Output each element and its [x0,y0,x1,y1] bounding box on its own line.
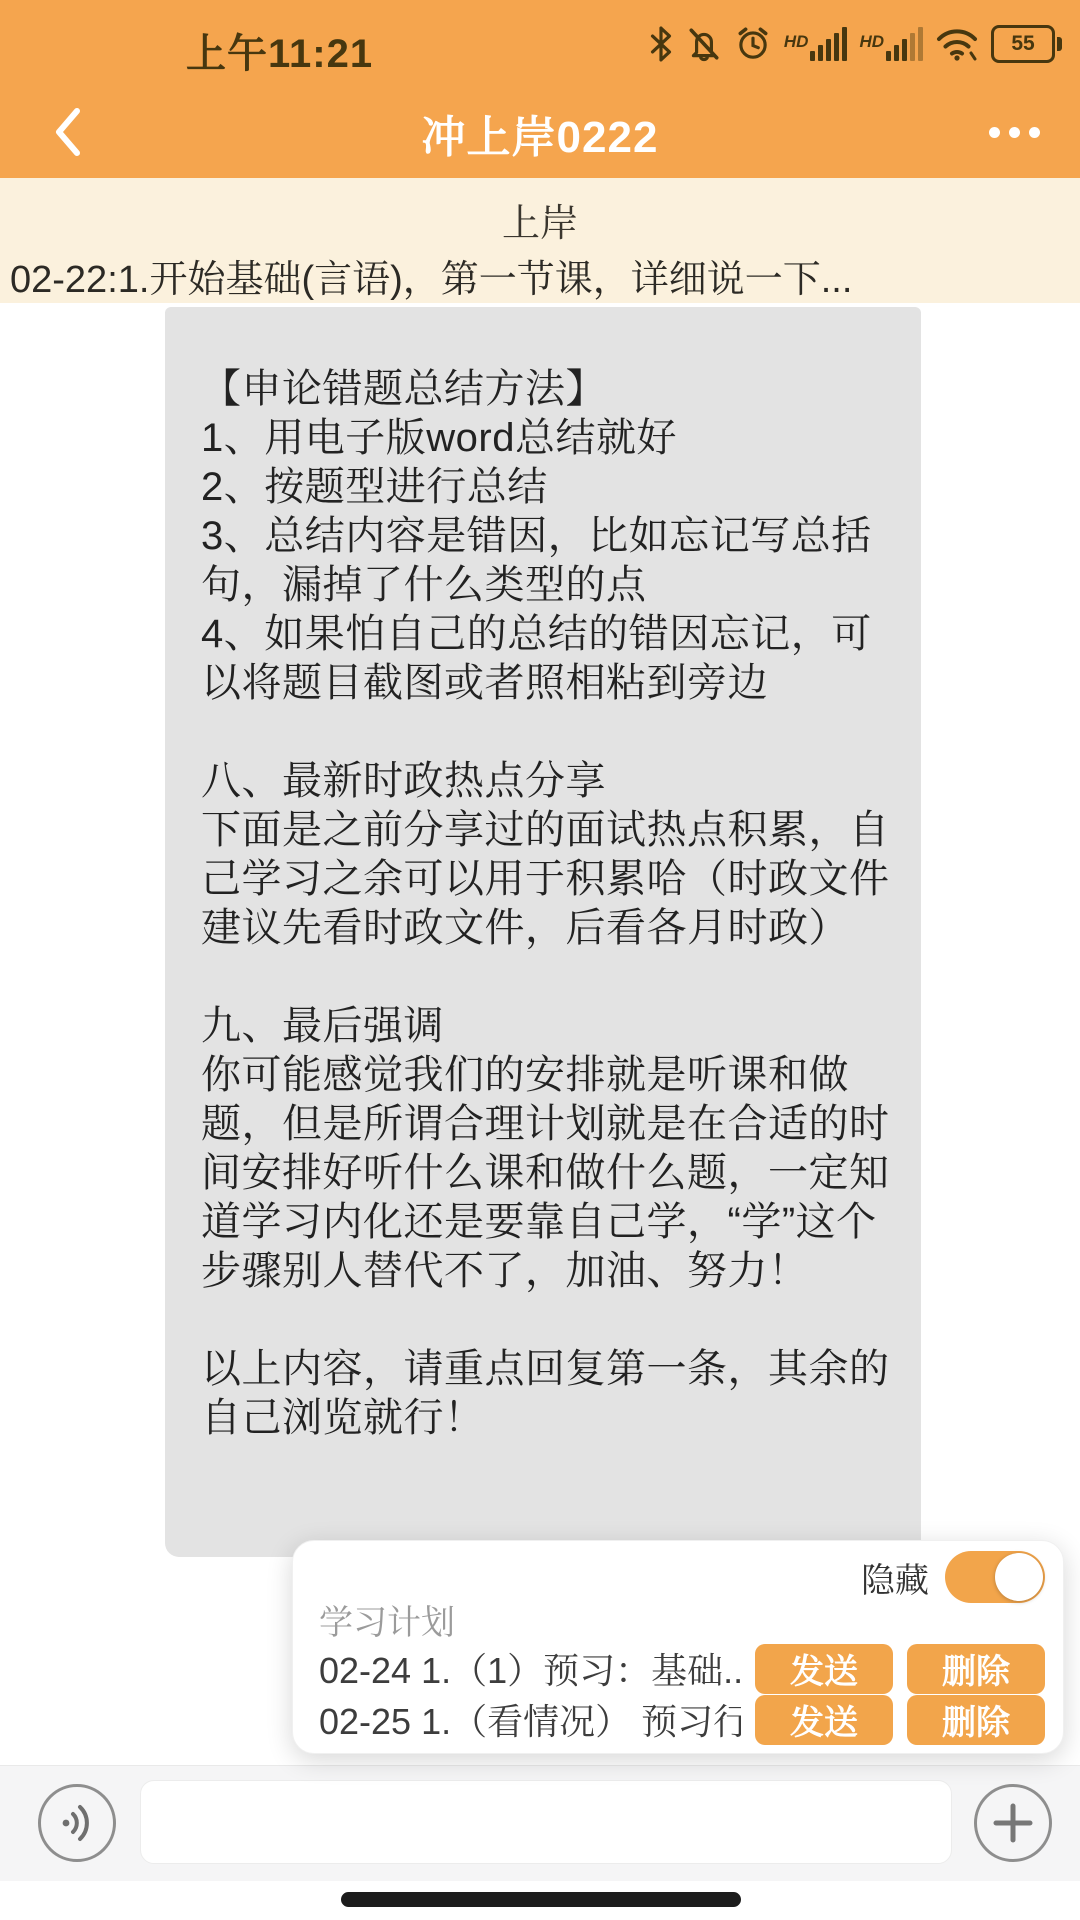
app-header: 上午11:21 HD [0,0,1080,178]
bluetooth-icon [648,26,674,62]
nav-bar: 冲上岸0222 [0,88,1080,178]
message-bubble[interactable]: 【申论错题总结方法】 1、用电子版word总结就好 2、按题型进行总结 3、总结… [165,307,921,1557]
hide-toggle[interactable] [945,1551,1045,1603]
send-button[interactable]: 发送 [755,1695,893,1745]
delete-button[interactable]: 删除 [907,1695,1045,1745]
dot-icon [1009,127,1020,138]
battery-percent: 55 [1011,32,1034,56]
status-icons: HD HD [648,0,1062,88]
more-button[interactable] [989,114,1040,150]
send-button[interactable]: 发送 [755,1644,893,1694]
plan-row: 02-25 1.（看情况） 预习行... 发送 删除 [319,1694,1045,1745]
signal-hd-partial-icon: HD [859,27,923,61]
voice-button[interactable] [38,1784,116,1862]
plan-item-text: 02-24 1.（1）预习：基础... [319,1643,741,1694]
plan-row: 02-24 1.（1）预习：基础... 发送 删除 [319,1643,1045,1694]
chat-title: 冲上岸0222 [0,101,1080,165]
status-bar: 上午11:21 HD [0,0,1080,88]
attach-button[interactable] [974,1784,1052,1862]
status-time: 上午11:21 [186,22,373,79]
home-indicator[interactable] [341,1892,741,1907]
voice-wave-icon [57,1801,97,1845]
plan-item-text: 02-25 1.（看情况） 预习行... [319,1694,741,1745]
delete-button[interactable]: 删除 [907,1644,1045,1694]
hide-toggle-row: 隐藏 [319,1551,1045,1603]
plus-icon [990,1800,1036,1846]
announcement-banner[interactable]: 上岸 02-22:1.开始基础(言语)，第一节课，详细说一下... [0,178,1080,303]
composer-bar [0,1765,1080,1881]
toggle-knob [995,1553,1043,1601]
signal-hd-full-icon: HD [784,27,848,61]
chat-screen: 上午11:21 HD [0,0,1080,1920]
study-plan-panel: 隐藏 学习计划 02-24 1.（1）预习：基础... 发送 删除 02-25 … [292,1540,1064,1754]
back-button[interactable] [38,102,98,162]
announcement-title: 上岸 [0,192,1080,247]
hide-label: 隐藏 [861,1553,929,1602]
message-input[interactable] [140,1780,952,1864]
mute-icon [686,26,722,62]
dot-icon [1029,127,1040,138]
home-area [0,1880,1080,1920]
battery-icon: 55 [991,25,1062,63]
wifi-icon [935,26,979,62]
announcement-latest-message: 02-22:1.开始基础(言语)，第一节课，详细说一下... [10,248,1076,303]
alarm-icon [734,25,772,63]
dot-icon [989,127,1000,138]
chevron-left-icon [53,106,83,158]
plan-section-label: 学习计划 [319,1603,1045,1643]
